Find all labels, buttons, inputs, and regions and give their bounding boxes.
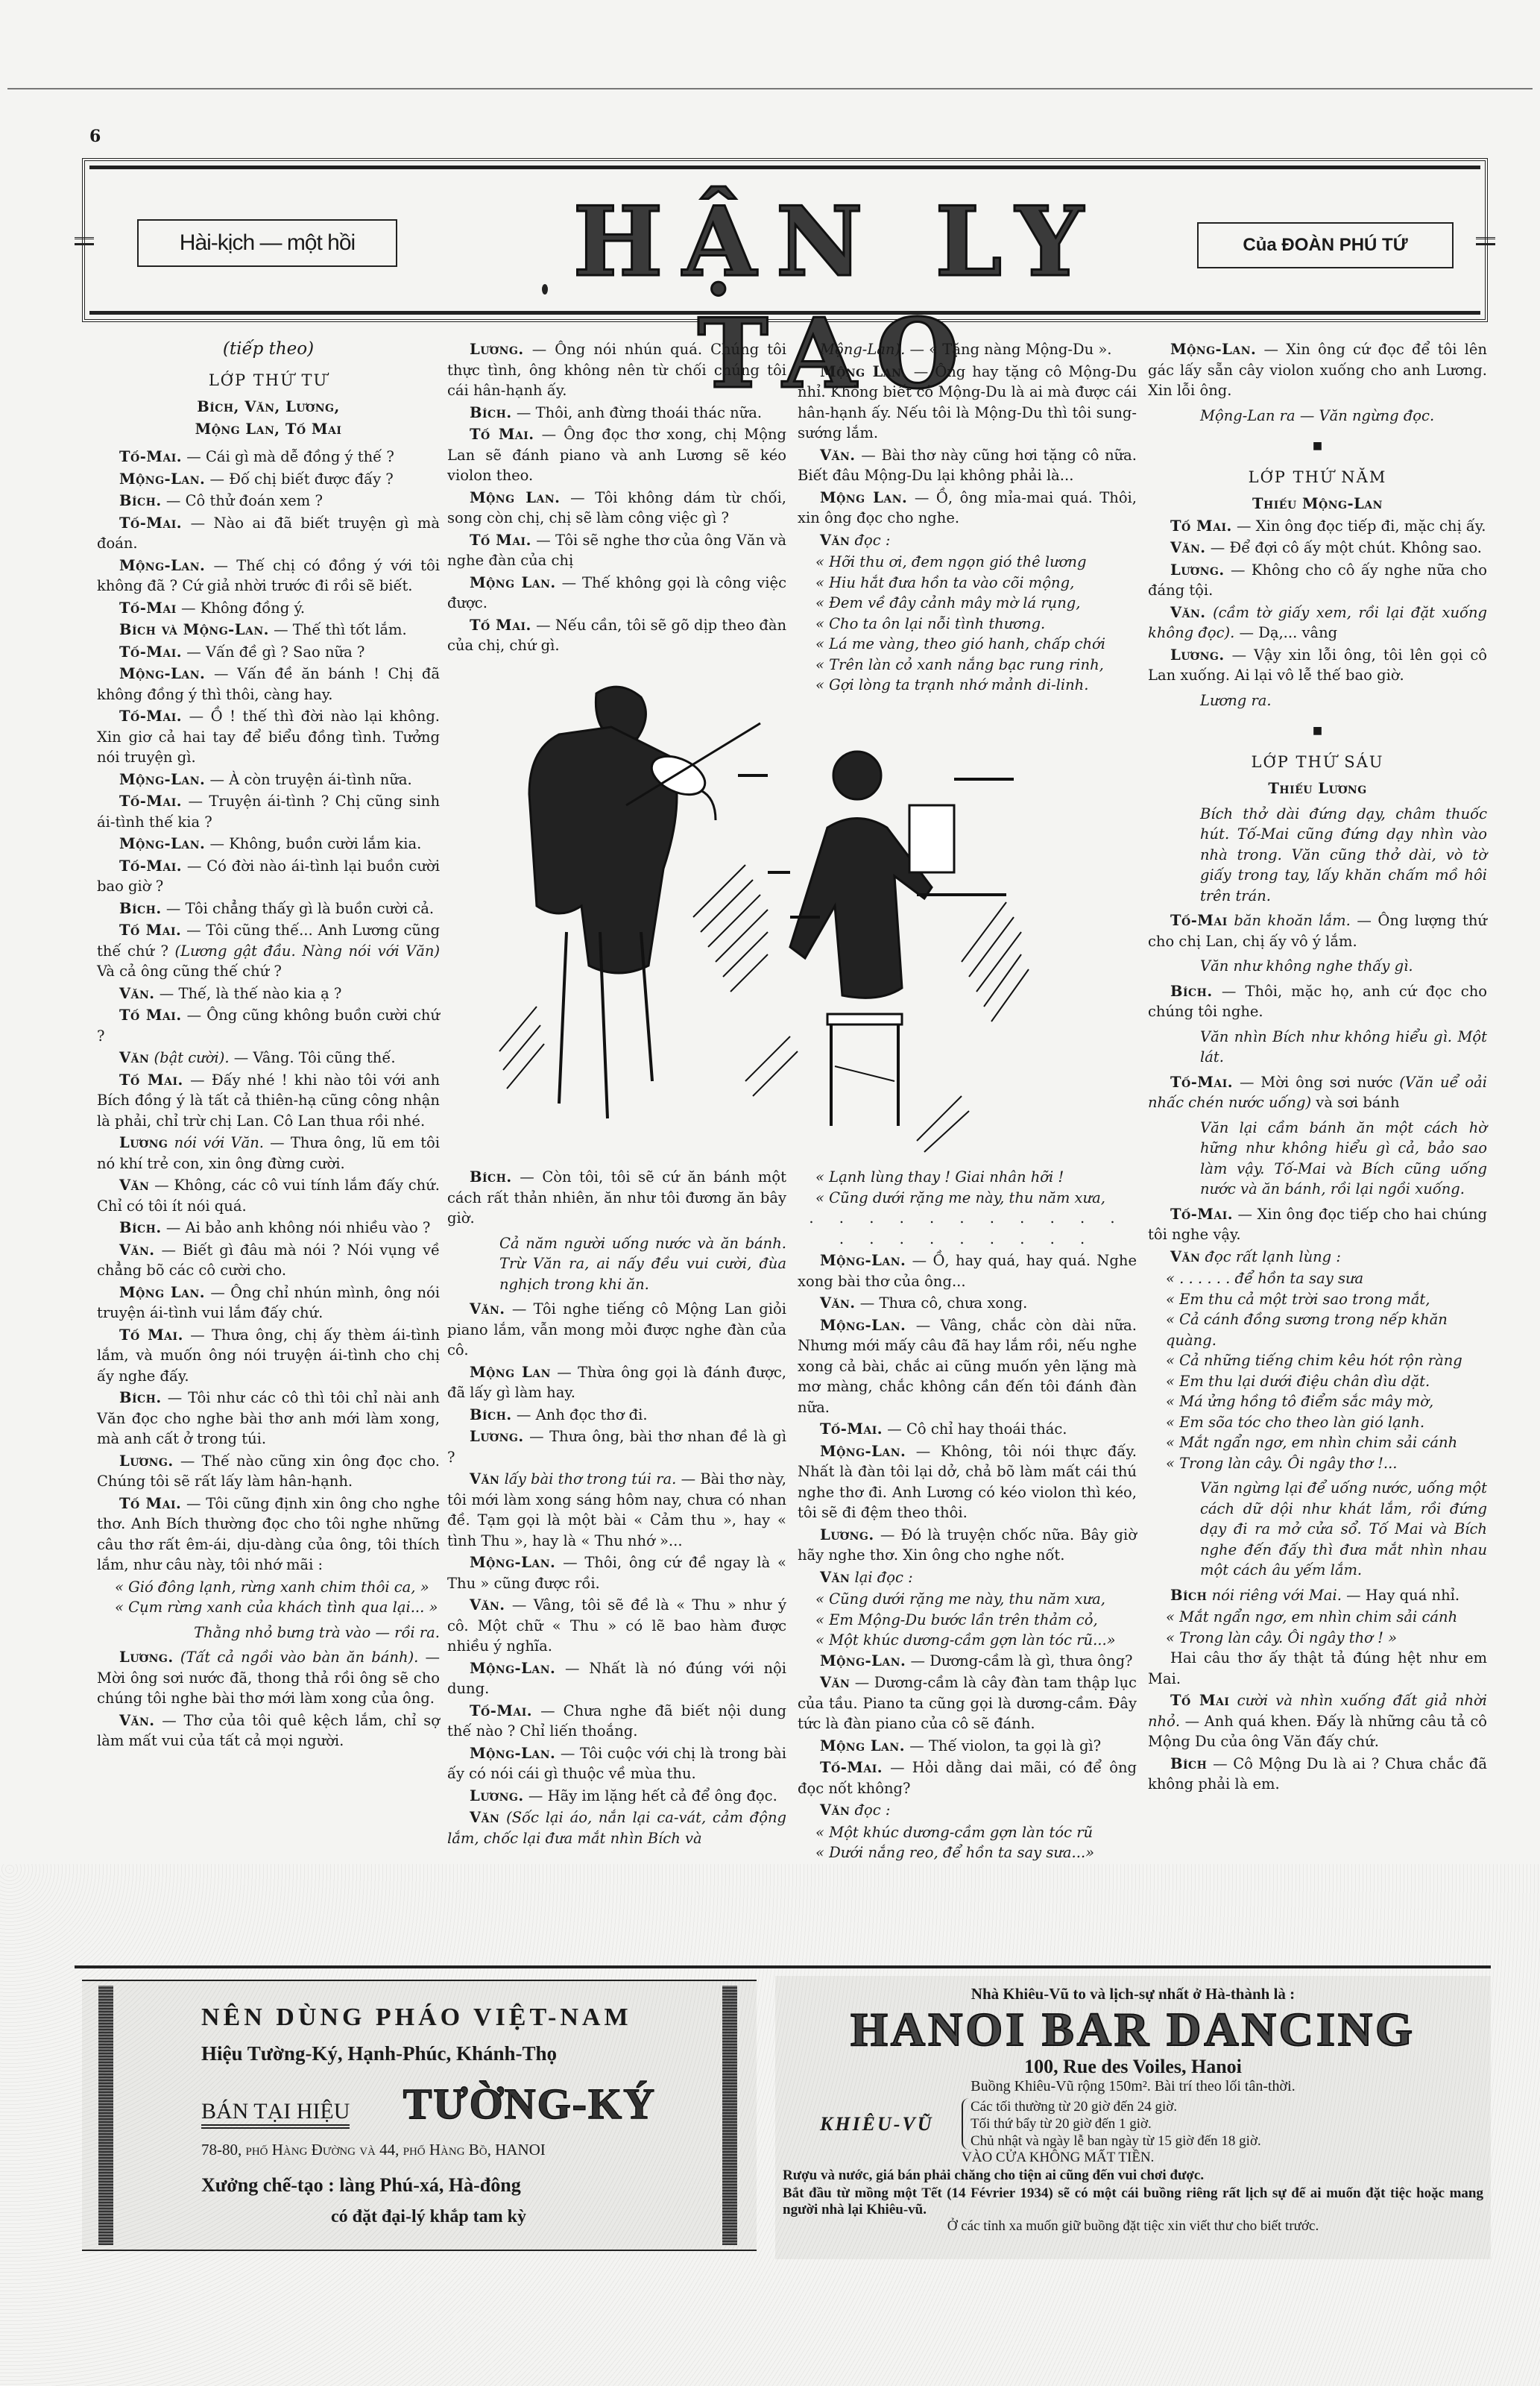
page-number: 6 <box>89 127 101 146</box>
speaker: Mộng Lan. <box>470 574 556 591</box>
dialogue-line: Mộng-Lan. — Xin ông cứ đọc để tôi lên gá… <box>1148 339 1487 401</box>
section-divider <box>75 1965 1491 1968</box>
dialogue-line: Văn (Sốc lại áo, nắn lại ca-vát, cảm độn… <box>447 1807 786 1848</box>
dialogue-line: Tố Mai. — Nếu cần, tôi sẽ gõ dịp theo đà… <box>447 615 786 656</box>
dialogue-line: Mộng-Lan. — Thế chị có đồng ý với tôi kh… <box>97 555 440 596</box>
speaker: Tố Mai <box>1170 1692 1229 1709</box>
speaker: Tố Mai. <box>119 1007 182 1024</box>
speaker: Bích và Mộng-Lan. <box>119 621 269 638</box>
verse-line: « Trên làn cỏ xanh nắng bạc rung rinh, <box>798 655 1137 676</box>
dialogue-text: — Cái gì mà dễ đồng ý thế ? <box>186 448 394 465</box>
genre-label: Hài-kịch — một hồi <box>137 219 397 267</box>
top-rule <box>7 88 1533 89</box>
ornament-right-icon <box>1476 237 1495 245</box>
dialogue-line: Văn — Dương-cầm là cây đàn tam thập lục … <box>798 1672 1137 1734</box>
speaker: Bích. <box>470 1406 512 1423</box>
dialogue-list: Lương. — Ông nói nhún quá. Chúng tôi thự… <box>447 339 786 656</box>
dialogue-line: Tố-Mai. — Cái gì mà dễ đồng ý thế ? <box>97 447 440 468</box>
stage-direction: băn khoăn lắm. <box>1234 912 1351 929</box>
verse-line: « Hỡi thu ơi, đem ngọn gió thê lương <box>798 552 1137 573</box>
scene-heading: LỚP THỨ NĂM <box>1148 468 1487 488</box>
free-entry: VÀO CỬA KHÔNG MẤT TIỀN. <box>962 2150 1491 2166</box>
dialogue-line: Bích. — Tôi như các cô thì tôi chỉ nài a… <box>97 1388 440 1449</box>
dialogue-line: Tố-Mai. — Nào ai đã biết truyện gì mà đo… <box>97 513 440 554</box>
verse-line: « Dưới nắng reo, để hồn ta say sưa...» <box>798 1842 1137 1863</box>
drinks-info: Rượu và nước, giá bán phải chăng cho tiệ… <box>783 2168 1483 2184</box>
speaker: Tố-Mai. <box>119 514 182 532</box>
dialogue-text: — Vấn đề gì ? Sao nữa ? <box>186 643 365 661</box>
dance-hall-advertisement: Nhà Khiêu-Vũ to và lịch-sự nhất ở Hà-thà… <box>775 1976 1491 2259</box>
dialogue-line: Tố-Mai. — Hỏi dằng dai mãi, có để ông đọ… <box>798 1757 1137 1798</box>
speaker: Mộng-Lan. <box>119 835 205 852</box>
verse-line: « Trong làn cây. Ôi ngây thơ ! » <box>1148 1628 1487 1649</box>
dialogue-line: Mộng Lan. — Tôi không dám từ chối, song … <box>447 488 786 529</box>
stage-direction: Văn như không nghe thấy gì. <box>1148 956 1487 977</box>
verse-line: « Cũng dưới rặng me này, thu năm xưa, <box>798 1589 1137 1610</box>
dialogue-text: — Ai bảo anh không nói nhiều vào ? <box>166 1219 430 1236</box>
verse-line: « Đem về đây cảnh mây mờ lá rụng, <box>798 593 1137 614</box>
dialogue-text: — Mời ông sơi nước <box>1240 1074 1392 1091</box>
dialogue-text: — Xin ông đọc tiếp đi, mặc chị ấy. <box>1237 517 1486 535</box>
dialogue-text: — Không, buồn cười lắm kia. <box>210 835 422 852</box>
dialogue-line: Tố-Mai. — Vấn đề gì ? Sao nữa ? <box>97 642 440 663</box>
stage-direction: (Tất cả ngồi vào bàn ăn bánh). <box>180 1649 418 1666</box>
dialogue-line: Lương nói với Văn. — Thưa ông, lũ em tôi… <box>97 1133 440 1174</box>
speaker: Tố-Mai. <box>119 857 182 875</box>
dialogue-text: — À còn truyện ái-tình nữa. <box>210 771 412 788</box>
dialogue-text: — Dương-cầm là gì, thưa ông? <box>911 1652 1133 1669</box>
speaker: Bích. <box>119 492 162 509</box>
dialogue-line: Văn — Không, các cô vui tính lắm đấy chứ… <box>97 1175 440 1216</box>
stage-direction: Văn ngừng lại để uống nước, uống một các… <box>1148 1478 1487 1581</box>
speaker: Tố-Mai. <box>470 1702 532 1719</box>
dialogue-list: Bích. — Còn tôi, tôi sẽ cứ ăn bánh một c… <box>447 1167 786 1229</box>
verse-line: « Má ửng hồng tô điểm sắc mây mờ, <box>1148 1391 1487 1412</box>
schedule-label: KHIÊU-VŨ <box>820 2113 962 2135</box>
speaker: Tố Mai. <box>119 1495 181 1512</box>
dialogue-line: Lương. (Tất cả ngồi vào bàn ăn bánh). — … <box>97 1647 440 1709</box>
dialogue-line: Lương. — Thế nào cũng xin ông đọc cho. C… <box>97 1451 440 1492</box>
speaker: Mộng-Lan. <box>119 557 205 574</box>
ad-address: 78-80, phố Hàng Đường và 44, phố Hàng Bồ… <box>201 2141 656 2159</box>
dialogue-text: — Thế violon, ta gọi là gì? <box>909 1737 1101 1754</box>
speaker: Văn <box>820 1569 850 1586</box>
ellipsis-row: . . . . . . . . . . . . . . . . . . . . <box>798 1208 1137 1249</box>
verse-line: « Một khúc dương-cầm gợn làn tóc rũ <box>798 1822 1137 1843</box>
dialogue-text: — Dạ,... vâng <box>1240 624 1338 641</box>
speaker: Mộng-Lan. <box>119 470 205 488</box>
stage-direction: đọc : <box>855 1801 891 1819</box>
speaker: Mộng Lan. <box>820 1737 905 1754</box>
speaker: Tố Mai. <box>470 617 531 634</box>
dialogue-line: Tố Mai. — Xin ông đọc tiếp đi, mặc chị ấ… <box>1148 516 1487 537</box>
verse-line: « Lá me vàng, theo gió hanh, chấp chới <box>798 634 1137 655</box>
dialogue-line: Lương. — Đó là truyện chốc nữa. Bây giờ … <box>798 1525 1137 1566</box>
speaker: Tố Mai. <box>119 1326 183 1344</box>
speaker: Văn. <box>119 1241 155 1259</box>
decorative-border-icon <box>98 1986 113 2245</box>
dialogue-line: Tố-Mai. — Cô chỉ hay thoái thác. <box>798 1419 1137 1440</box>
dialogue-line: Tố-Mai. — Ồ ! thế thì đời nào lại không.… <box>97 706 440 768</box>
stage-direction: Bích thở dài đứng dạy, châm thuốc hút. T… <box>1148 804 1487 907</box>
dialogue-line: Tố-Mai. — Truyện ái-tình ? Chị cũng sinh… <box>97 791 440 832</box>
speaker: Tố Mai. <box>1170 517 1232 535</box>
dialogue-line: Văn. — Tôi nghe tiếng cô Mộng Lan giỏi p… <box>447 1299 786 1361</box>
verse-line: « Cũng dưới rặng me này, thu năm xưa, <box>798 1188 1137 1209</box>
tet-info: Bắt đầu từ mồng một Tết (14 Février 1934… <box>783 2185 1483 2218</box>
verse-line: « Em Mộng-Du bước lần trên thảm cỏ, <box>798 1610 1137 1631</box>
dialogue-text: — Hãy im lặng hết cả để ông đọc. <box>528 1787 777 1804</box>
section-separator-icon: ■ <box>1148 436 1487 457</box>
verse-line: « Cụm rừng xanh của khách tình qua lại..… <box>97 1597 440 1618</box>
speaker: Lương. <box>1170 646 1225 664</box>
verse-line: « Cho ta ôn lại nỗi tình thương. <box>798 614 1137 635</box>
dialogue-line: Mộng-Lan. — À còn truyện ái-tình nữa. <box>97 769 440 790</box>
dialogue-line: Mộng-Lan. — Vấn đề ăn bánh ! Chị đã khôn… <box>97 664 440 705</box>
title-ornament-icon <box>542 284 548 295</box>
dialogue-line: Tố Mai. — Ông cũng không buồn cười chứ ? <box>97 1005 440 1046</box>
speaker: Lương. <box>470 341 524 358</box>
column-3-bottom: « Lạnh lùng thay ! Giai nhân hỡi !« Cũng… <box>798 1167 1137 1863</box>
firecracker-advertisement: NÊN DÙNG PHÁO VIỆT-NAM Hiệu Tường-Ký, Hạ… <box>82 1980 757 2251</box>
dialogue-line: Mộng Lan. — Thế violon, ta gọi là gì? <box>798 1736 1137 1757</box>
verse-line: « Mắt ngẩn ngơ, em nhìn chim sải cánh <box>1148 1432 1487 1453</box>
stage-direction: nói riêng với Mai. <box>1212 1587 1342 1604</box>
dialogue-line: Mộng-Lan. — Không, tôi nói thực đấy. Nhấ… <box>798 1441 1137 1523</box>
dialogue-line: Mộng-Lan. — Nhất là nó đúng với nội dung… <box>447 1658 786 1699</box>
dialogue-line: Tố Mai. — Đấy nhé ! khi nào tôi với anh … <box>97 1070 440 1132</box>
speaker: Mộng-Lan. <box>820 1252 906 1269</box>
dialogue-text: — Cô thử đoán xem ? <box>166 492 323 509</box>
ad-sold-at: BÁN TẠI HIỆU <box>201 2099 350 2129</box>
speaker: Văn <box>1170 1248 1200 1265</box>
speaker: Lương. <box>820 1526 874 1543</box>
speaker: Bích <box>1170 1755 1207 1772</box>
dialogue-line: Bích — Cô Mộng Du là ai ? Chưa chắc đã k… <box>1148 1754 1487 1795</box>
dialogue-line: Bích. — Cô thử đoán xem ? <box>97 491 440 511</box>
dialogue-list: Văn. — Tôi nghe tiếng cô Mộng Lan giỏi p… <box>447 1299 786 1848</box>
dialogue-line: Mộng-Lan. — Dương-cầm là gì, thưa ông? <box>798 1651 1137 1672</box>
dialogue-text: — Anh đọc thơ đi. <box>517 1406 648 1423</box>
dialogue-text: — Thế thì tốt lắm. <box>274 621 407 638</box>
dialogue-text: — Để đợi cô ấy một chút. Không sao. <box>1211 539 1482 556</box>
dialogue-line: Mộng-Lan. — Không, buồn cười lắm kia. <box>97 834 440 854</box>
column-2-bottom: Bích. — Còn tôi, tôi sẽ cứ ăn bánh một c… <box>447 1167 786 1850</box>
stage-direction: nói với Văn. <box>174 1134 264 1151</box>
speaker: Lương. <box>119 1452 174 1470</box>
dialogue-line: Bích và Mộng-Lan. — Thế thì tốt lắm. <box>97 620 440 640</box>
dialogue-list: Tố-Mai băn khoăn lắm. — Ông lượng thứ ch… <box>1148 910 1487 951</box>
speaker: Văn. <box>470 1300 505 1318</box>
speaker: Mộng Lan. <box>820 363 907 380</box>
dialogue-line: Bích nói riêng với Mai. — Hay quá nhỉ. <box>1148 1585 1487 1606</box>
speaker: Bích. <box>1170 983 1213 1000</box>
schedule-item: Tối thứ bẩy từ 20 giờ đến 1 giờ. <box>971 2115 1261 2132</box>
masthead: Hài-kịch — một hồi HẬN LY TAO Của ĐOÀN P… <box>82 158 1488 322</box>
dialogue-line: Lương. — Không cho cô ấy nghe nữa cho đá… <box>1148 560 1487 601</box>
dialogue-list: Tố Mai cười và nhìn xuống đất giả nhời n… <box>1148 1690 1487 1795</box>
speaker: Văn <box>470 1809 499 1826</box>
stage-direction: Lương ra. <box>1148 690 1487 711</box>
ad-shop-name: TƯỜNG-KÝ <box>403 2079 656 2129</box>
speaker: Bích. <box>119 1219 162 1236</box>
dialogue-line: Văn lấy bài thơ trong túi ra. — Bài thơ … <box>447 1469 786 1551</box>
dialogue-line: Văn. — Vâng, tôi sẽ đề là « Thu » như ý … <box>447 1595 786 1657</box>
verse-line: « Gió đông lạnh, rừng xanh chim thôi ca,… <box>97 1577 440 1598</box>
cast-list: Thiếu Lương <box>1148 778 1487 799</box>
speaker: Văn <box>119 1049 149 1066</box>
speaker: Lương. <box>119 1649 174 1666</box>
speaker: Mộng-Lan. <box>820 1317 906 1334</box>
dialogue-line: Mộng-Lan. — Ồ, hay quá, hay quá. Nghe xo… <box>798 1250 1137 1291</box>
dialogue-list: Lương. (Tất cả ngồi vào bàn ăn bánh). — … <box>97 1647 440 1751</box>
speaker: Tố-Mai <box>119 599 177 617</box>
dialogue-line: Văn. (cầm tờ giấy xem, rồi lại đặt xuống… <box>1148 602 1487 643</box>
dialogue-text: Hai câu thơ ấy thật tả đúng hệt như em M… <box>1148 1648 1487 1689</box>
dialogue-line: Tố Mai. — Tôi cũng định xin ông cho nghe… <box>97 1493 440 1576</box>
poem: « Cũng dưới rặng me này, thu năm xưa,« E… <box>798 1589 1137 1651</box>
dialogue-line: Văn. — Thưa cô, chưa xong. <box>798 1293 1137 1314</box>
cast-list: Mộng Lan, Tố Mai <box>97 419 440 440</box>
author-label: Của ĐOÀN PHÚ TỨ <box>1197 222 1454 268</box>
dialogue-line: Văn (bật cười). — Vâng. Tôi cũng thế. <box>97 1048 440 1068</box>
speaker: Văn. <box>820 1294 856 1312</box>
dialogue-line: Tố Mai. — Tôi sẽ nghe thơ của ông Văn và… <box>447 530 786 571</box>
verse-line: « Em thu cả một trời sao trong mắt, <box>1148 1289 1487 1310</box>
dialogue-list: Tố Mai. — Xin ông đọc tiếp đi, mặc chị ấ… <box>1148 516 1487 686</box>
speaker: Tố Mai. <box>470 532 531 549</box>
speaker: Tố Mai. <box>119 922 181 939</box>
stage-direction: (Lương gật đầu. Nàng nói với Văn) <box>175 942 440 960</box>
dialogue-text: — Thế, là thế nào kia ạ ? <box>160 985 342 1002</box>
verse-line: « Gợi lòng ta trạnh nhớ mảnh di-linh. <box>798 675 1137 696</box>
verse-line: « Hiu hắt đưa hồn ta vào cõi mộng, <box>798 573 1137 594</box>
speaker: Văn. <box>820 447 856 464</box>
poem: « . . . . . . để hồn ta say sưa« Em thu … <box>1148 1268 1487 1473</box>
stage-direction: đọc : <box>855 532 891 549</box>
speaker: Mộng-Lan. <box>470 1554 555 1571</box>
verse-line: « Một khúc dương-cầm gợn làn tóc rũ...» <box>798 1630 1137 1651</box>
scene-heading: LỚP THỨ SÁU <box>1148 752 1487 773</box>
dialogue-text: — Thôi, anh đừng thoái thác nữa. <box>517 404 762 421</box>
speaker: Tố Mai. <box>119 1071 183 1089</box>
speaker: Mộng Lan <box>470 1364 551 1381</box>
cast-list: Bích, Văn, Lương, <box>97 397 440 418</box>
speaker: Bích. <box>119 1389 162 1406</box>
schedule-item: Chủ nhật và ngày lễ ban ngày từ 15 giờ đ… <box>971 2132 1261 2150</box>
speaker: Tố-Mai. <box>820 1759 883 1776</box>
stage-direction: (bật cười). <box>154 1049 230 1066</box>
poem: « Lạnh lùng thay ! Giai nhân hỡi !« Cũng… <box>798 1167 1137 1208</box>
dialogue-line: Văn. — Để đợi cô ấy một chút. Không sao. <box>1148 538 1487 558</box>
dialogue-line: Mộng Lan. — Ồ, ông mỉa-mai quá. Thôi, xi… <box>798 488 1137 529</box>
speaker: Mộng Lan. <box>470 489 560 506</box>
stage-direction: Cả năm người uống nước và ăn bánh. Trừ V… <box>447 1233 786 1295</box>
speaker: Văn <box>820 1674 850 1691</box>
poem: « Hỡi thu ơi, đem ngọn gió thê lương« Hi… <box>798 552 1137 696</box>
dialogue-line: Tố-Mai. — Có đời nào ái-tình lại buồn cư… <box>97 856 440 897</box>
provinces-info: Ở các tỉnh xa muốn giữ buồng đặt tiệc xi… <box>775 2218 1491 2235</box>
dialogue-line: Mộng Lan — Thừa ông gọi là đánh được, đã… <box>447 1362 786 1403</box>
ad-headline: NÊN DÙNG PHÁO VIỆT-NAM <box>201 2003 656 2032</box>
speaker: Tố-Mai. <box>119 708 182 725</box>
speaker: Bích. <box>119 900 162 917</box>
dialogue-line: Tố-Mai. — Chưa nghe đã biết nội dung thế… <box>447 1701 786 1742</box>
dialogue-line: Mộng Lan. — Thế không gọi là công việc đ… <box>447 573 786 614</box>
ad-room-info: Buồng Khiêu-Vũ rộng 150m². Bài trí theo … <box>775 2078 1491 2095</box>
dialogue-list: Tố-Mai. — Xin ông đọc tiếp cho hai chúng… <box>1148 1204 1487 1245</box>
column-3-top: Mộng-Lan). — « Tặng nàng Mộng-Du ».Mộng … <box>798 339 1137 696</box>
speaker: Văn <box>119 1177 149 1194</box>
stage-direction: Văn lại cầm bánh ăn một cách hờ hững như… <box>1148 1118 1487 1200</box>
dialogue-line: Lương. — Thưa ông, bài thơ nhan đề là gì… <box>447 1426 786 1467</box>
dialogue-line: Mộng Lan. — Ông chỉ nhún mình, ông nói t… <box>97 1282 440 1323</box>
dialogue-line: Tố-Mai. — Mời ông sơi nước (Văn uể oải n… <box>1148 1072 1487 1113</box>
dialogue-list: Bích nói riêng với Mai. — Hay quá nhỉ. <box>1148 1585 1487 1606</box>
dialogue-line: Bích. — Anh đọc thơ đi. <box>447 1405 786 1426</box>
column-4: Mộng-Lan. — Xin ông cứ đọc để tôi lên gá… <box>1148 339 1487 1796</box>
dialogue-line: Mộng-Lan. — Thôi, ông cứ đề ngay là « Th… <box>447 1552 786 1593</box>
dialogue-list: Mộng-Lan. — Dương-cầm là gì, thưa ông?Vă… <box>798 1651 1137 1799</box>
dialogue-line: Tố Mai. — Thưa ông, chị ấy thèm ái-tình … <box>97 1325 440 1387</box>
dialogue-line: Lương. — Vậy xin lỗi ông, tôi lên gọi cô… <box>1148 645 1487 686</box>
dialogue-line: Văn. — Bài thơ này cũng hơi tặng cô nữa.… <box>798 445 1137 486</box>
dialogue-line: Tố Mai. — Ông đọc thơ xong, chị Mộng Lan… <box>447 424 786 486</box>
schedule-list: Các tối thường từ 20 giờ đến 24 giờ. Tối… <box>962 2098 1261 2150</box>
speaker: Văn. <box>119 985 155 1002</box>
dialogue-list: Mộng-Lan). — « Tặng nàng Mộng-Du ».Mộng … <box>798 339 1137 529</box>
stage-direction: lại đọc : <box>855 1569 913 1586</box>
dialogue-text: — Tôi chẳng thấy gì là buồn cười cả. <box>166 900 434 917</box>
column-2-top: Lương. — Ông nói nhún quá. Chúng tôi thự… <box>447 339 786 658</box>
stage-direction: Văn nhìn Bích như không hiểu gì. Một lát… <box>1148 1027 1487 1068</box>
dialogue-text: — « Tặng nàng Mộng-Du ». <box>909 341 1111 358</box>
dialogue-line: Bích. — Tôi chẳng thấy gì là buồn cười c… <box>97 898 440 919</box>
speaker: Tố Mai. <box>470 426 534 443</box>
ad-address: 100, Rue des Voiles, Hanoi <box>775 2056 1491 2078</box>
verse-line: « . . . . . . để hồn ta say sưa <box>1148 1268 1487 1289</box>
dialogue-line: Tố Mai cười và nhìn xuống đất giả nhời n… <box>1148 1690 1487 1752</box>
speaker: Văn. <box>119 1712 155 1729</box>
speaker: Tố-Mai. <box>119 793 182 810</box>
dialogue-text: — Đố chị biết được đấy ? <box>210 470 394 488</box>
speaker: Văn <box>470 1470 499 1488</box>
poem: « Mắt ngẩn ngơ, em nhìn chim sải cánh« T… <box>1148 1607 1487 1648</box>
speaker: Mộng-Lan. <box>1170 341 1256 358</box>
speaker: Bích. <box>470 1168 512 1186</box>
dialogue-line: Mộng Lan. — Ông hay tặng cô Mộng-Du nhỉ.… <box>798 362 1137 444</box>
dialogue-line: Bích. — Thôi, mặc họ, anh cứ đọc cho chú… <box>1148 981 1487 1022</box>
dialogue-line: Lương. — Hãy im lặng hết cả để ông đọc. <box>447 1786 786 1807</box>
cast-list: Thiếu Mộng-Lan <box>1148 494 1487 514</box>
verse-line: « Cả những tiếng chim kêu hót rộn ràng <box>1148 1350 1487 1371</box>
column-1: (tiếp theo) LỚP THỨ TƯ Bích, Văn, Lương,… <box>97 339 440 1753</box>
ad-brands: Hiệu Tường-Ký, Hạnh-Phúc, Khánh-Thọ <box>201 2042 656 2065</box>
dialogue-line: Bích. — Còn tôi, tôi sẽ cứ ăn bánh một c… <box>447 1167 786 1229</box>
dialogue-line: Văn. — Biết gì đâu mà nói ? Nói vụng về … <box>97 1240 440 1281</box>
speaker: Lương. <box>470 1428 524 1445</box>
dialogue-text: — Vâng. Tôi cũng thế. <box>234 1049 396 1066</box>
stage-direction: lấy bài thơ trong túi ra. <box>505 1470 677 1488</box>
dialogue-list: Mộng-Lan. — Ồ, hay quá, hay quá. Nghe xo… <box>798 1250 1137 1566</box>
speaker: Tố-Mai. <box>119 643 182 661</box>
ad-factory: Xưởng chế-tạo : làng Phú-xá, Hà-đông <box>201 2174 656 2197</box>
stage-direction: Mộng-Lan ra — Văn ngừng đọc. <box>1148 406 1487 426</box>
verse-line: « Mắt ngẩn ngơ, em nhìn chim sải cánh <box>1148 1607 1487 1628</box>
speaker: Lương <box>119 1134 168 1151</box>
ornament-left-icon <box>75 237 94 245</box>
dialogue-line: Mộng-Lan). — « Tặng nàng Mộng-Du ». <box>798 339 1137 360</box>
dialogue-line: Bích. — Thôi, anh đừng thoái thác nữa. <box>447 403 786 424</box>
violin-piano-illustration <box>440 664 1133 1156</box>
speaker: Tố-Mai. <box>1170 1074 1233 1091</box>
dialogue-list: Mộng-Lan. — Xin ông cứ đọc để tôi lên gá… <box>1148 339 1487 401</box>
speaker: Bích. <box>470 404 512 421</box>
verse-line: « Trong làn cây. Ôi ngây thơ !... <box>1148 1453 1487 1474</box>
stage-direction: Mộng-Lan). <box>820 341 905 358</box>
speaker: Mộng-Lan. <box>820 1652 906 1669</box>
scene-heading: LỚP THỨ TƯ <box>97 371 440 391</box>
dialogue-line: Văn. — Thơ của tôi quê kệch lắm, chỉ sợ … <box>97 1710 440 1751</box>
decorative-border-icon <box>722 1986 737 2245</box>
speaker: Văn. <box>470 1596 505 1614</box>
dialogue-line: Lương. — Ông nói nhún quá. Chúng tôi thự… <box>447 339 786 401</box>
dialogue-text: Và cả ông cũng thế chứ ? <box>97 963 282 980</box>
continued-label: (tiếp theo) <box>97 339 440 360</box>
section-separator-icon: ■ <box>1148 721 1487 742</box>
verse-line: « Em thu lại dưới điệu chân dìu dặt. <box>1148 1371 1487 1392</box>
speaker: Mộng-Lan. <box>470 1745 555 1762</box>
speaker: Mộng-Lan. <box>119 665 205 682</box>
dialogue-text: và sơi bánh <box>1316 1094 1399 1111</box>
dialogue-line: Văn. — Thế, là thế nào kia ạ ? <box>97 983 440 1004</box>
speaker: Tố-Mai. <box>820 1420 883 1438</box>
speaker: Mộng-Lan. <box>470 1660 555 1677</box>
dialogue-line: Mộng-Lan. — Tôi cuộc với chị là trong bà… <box>447 1743 786 1784</box>
verse-line: « Lạnh lùng thay ! Giai nhân hỡi ! <box>798 1167 1137 1188</box>
speaker: Văn. <box>1170 539 1206 556</box>
dialogue-line: Tố-Mai. — Xin ông đọc tiếp cho hai chúng… <box>1148 1204 1487 1245</box>
dialogue-line: Tố Mai. — Tôi cũng thế... Anh Lương cũng… <box>97 920 440 982</box>
dialogue-list: Bích. — Thôi, mặc họ, anh cứ đọc cho chú… <box>1148 981 1487 1022</box>
speaker: Văn <box>820 532 850 549</box>
speaker: Văn. <box>1170 604 1206 621</box>
dialogue-text: — Thưa cô, chưa xong. <box>860 1294 1028 1312</box>
dialogue-text: — Cô chỉ hay thoái thác. <box>887 1420 1067 1438</box>
ad-agents: có đặt đại-lý khắp tam kỳ <box>201 2207 656 2227</box>
ad-venue-name: HANOI BAR DANCING <box>775 2003 1491 2056</box>
speaker: Mộng-Lan. <box>119 771 205 788</box>
verse-line: « Cả cánh đồng sương trong nếp khăn quàn… <box>1148 1309 1487 1350</box>
speaker: Mộng Lan. <box>820 489 907 506</box>
schedule-item: Các tối thường từ 20 giờ đến 24 giờ. <box>971 2098 1261 2115</box>
speaker: Văn <box>820 1801 850 1819</box>
dialogue-list: Tố-Mai. — Cái gì mà dễ đồng ý thế ?Mộng-… <box>97 447 440 1576</box>
stage-direction: đọc rất lạnh lùng : <box>1205 1248 1341 1265</box>
ad-tagline: Nhà Khiêu-Vũ to và lịch-sự nhất ở Hà-thà… <box>775 1985 1491 2003</box>
dialogue-list: Tố-Mai. — Mời ông sơi nước (Văn uể oải n… <box>1148 1072 1487 1113</box>
speaker: Lương. <box>1170 561 1225 579</box>
speaker: Mộng Lan. <box>119 1284 205 1301</box>
dialogue-text: — Anh quá khen. Đấy là những câu tả cô M… <box>1148 1713 1487 1751</box>
dialogue-line: Bích. — Ai bảo anh không nói nhiều vào ? <box>97 1218 440 1238</box>
speaker: Bích <box>1170 1587 1207 1604</box>
dialogue-line: Tố-Mai — Không đồng ý. <box>97 598 440 619</box>
speaker: Tố-Mai <box>1170 912 1228 929</box>
speaker: Tố-Mai. <box>1170 1206 1233 1223</box>
speaker: Tố-Mai. <box>119 448 182 465</box>
verse-line: « Em sõa tóc cho theo làn gió lạnh. <box>1148 1412 1487 1433</box>
